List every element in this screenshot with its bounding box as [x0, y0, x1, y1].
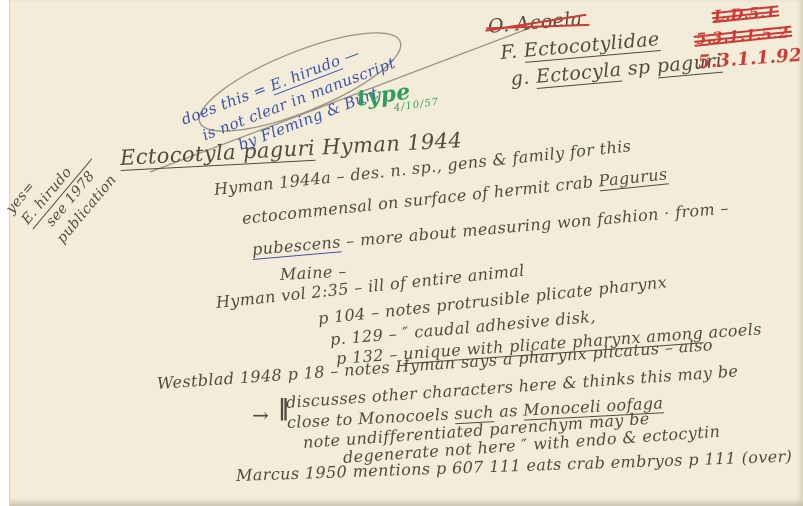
taxonomy-block: O. Acoela F. Ectocotylidae g. Ectocyla s… — [487, 0, 723, 95]
heading-taxon: Ectocotyla paguri — [119, 136, 315, 171]
index-card: does this = E. hirudo — is not clear in … — [0, 0, 803, 506]
heading-author: Hyman 1944 — [314, 128, 462, 160]
family-prefix: F. — [499, 40, 524, 64]
genus-prefix: g. — [510, 66, 537, 90]
species-prefix: sp — [620, 55, 657, 80]
left-margin-note: yes= E. hirudo see 1978 publication — [2, 134, 121, 256]
host-genus: Pagurus — [598, 164, 669, 191]
insertion-arrow: → — [252, 403, 269, 427]
scan-edge — [0, 0, 10, 506]
code-crossed-1: L.D.5.1 — [713, 3, 776, 25]
host-species: pubescens — [251, 232, 341, 260]
genus-name: Ectocyla — [535, 59, 622, 89]
crossed-code-text: L.D.5.1 — [713, 3, 776, 25]
